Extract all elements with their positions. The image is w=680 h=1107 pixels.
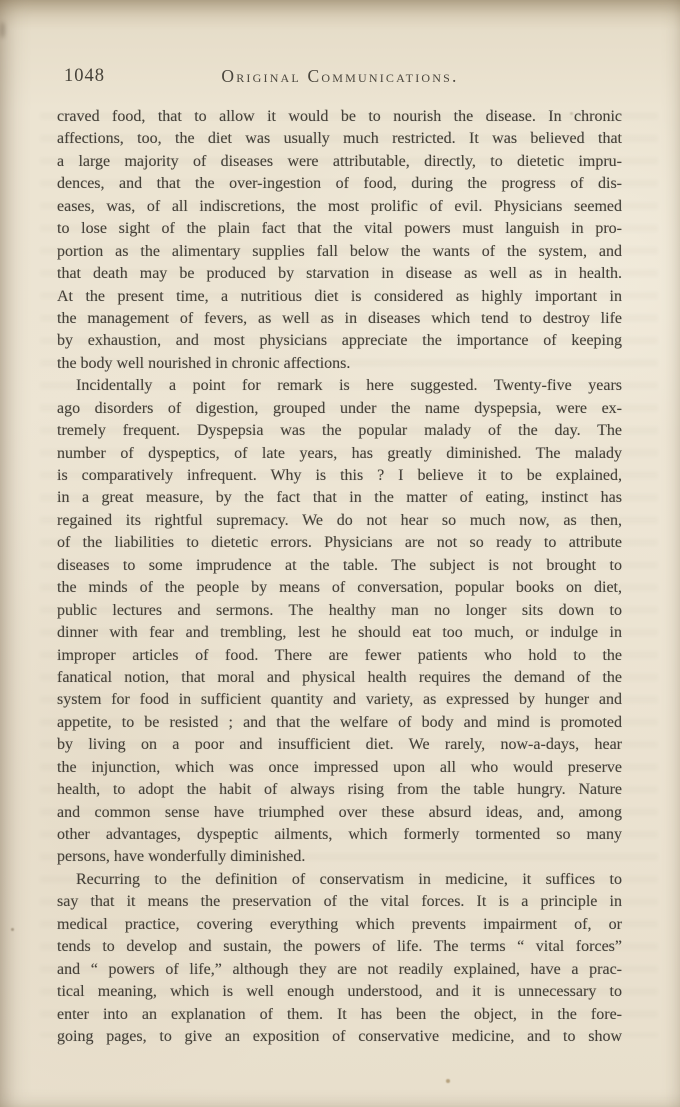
text-line: the management of fevers, as well as in …	[57, 308, 622, 330]
paragraph: Incidentally a point for remark is here …	[57, 375, 622, 869]
text-line: Incidentally a point for remark is here …	[57, 375, 622, 397]
scanned-page: 1048 Original Communications. craved foo…	[0, 0, 680, 1107]
text-line: and “ powers of life,” although they are…	[57, 959, 622, 981]
text-line: tical meaning, which is well enough unde…	[57, 981, 622, 1003]
text-line: going pages, to give an exposition of co…	[57, 1026, 622, 1048]
text-line: At the present time, a nutritious diet i…	[57, 286, 622, 308]
text-line: appetite, to be resisted ; and that the …	[57, 712, 622, 734]
text-line: dinner with fear and trembling, lest he …	[57, 622, 622, 644]
text-line: by living on a poor and insufficient die…	[57, 734, 622, 756]
text-line: regained its rightful supremacy. We do n…	[57, 510, 622, 532]
text-line: health, to adopt the habit of always ris…	[57, 779, 622, 801]
paper-speck	[11, 928, 14, 931]
text-line: eases, was, of all indiscretions, the mo…	[57, 196, 622, 218]
running-head: Original Communications.	[0, 66, 680, 87]
text-line: other advantages, dyspeptic ailments, wh…	[57, 824, 622, 846]
paper-blemish	[0, 22, 5, 38]
text-line: dences, and that the over-ingestion of f…	[57, 173, 622, 195]
text-line: the body well nourished in chronic affec…	[57, 353, 622, 375]
text-line: portion as the alimentary supplies fall …	[57, 241, 622, 263]
text-line: that death may be produced by starvation…	[57, 263, 622, 285]
text-line: by exhaustion, and most physicians appre…	[57, 330, 622, 352]
text-line: system for food in sufficient quantity a…	[57, 689, 622, 711]
text-line: persons, have wonderfully diminished.	[57, 846, 622, 868]
text-line: say that it means the preservation of th…	[57, 891, 622, 913]
paper-speck	[446, 1079, 450, 1083]
text-line: fanatical notion, that moral and physica…	[57, 667, 622, 689]
paragraph: Recurring to the definition of conservat…	[57, 869, 622, 1049]
text-line: of the liabilities to dietetic errors. P…	[57, 532, 622, 554]
text-line: medical practice, covering everything wh…	[57, 914, 622, 936]
text-line: ago disorders of digestion, grouped unde…	[57, 398, 622, 420]
text-line: to lose sight of the plain fact that the…	[57, 218, 622, 240]
text-line: Recurring to the definition of conservat…	[57, 869, 622, 891]
text-line: the injunction, which was once impressed…	[57, 757, 622, 779]
text-line: public lectures and sermons. The healthy…	[57, 600, 622, 622]
text-line: improper articles of food. There are few…	[57, 645, 622, 667]
text-line: tremely frequent. Dyspepsia was the popu…	[57, 420, 622, 442]
text-line: tends to develop and sustain, the powers…	[57, 936, 622, 958]
text-line: the minds of the people by means of conv…	[57, 577, 622, 599]
text-line: and common sense have triumphed over the…	[57, 802, 622, 824]
page-body: craved food, that to allow it would be t…	[57, 106, 622, 1048]
text-line: affections, too, the diet was usually mu…	[57, 128, 622, 150]
text-line: is comparatively infrequent. Why is this…	[57, 465, 622, 487]
text-line: in a great measure, by the fact that in …	[57, 487, 622, 509]
text-line: craved food, that to allow it would be t…	[57, 106, 622, 128]
text-line: enter into an explanation of them. It ha…	[57, 1004, 622, 1026]
page-header: 1048 Original Communications.	[0, 64, 680, 90]
text-line: a large majority of diseases were attrib…	[57, 151, 622, 173]
text-line: number of dyspeptics, of late years, has…	[57, 443, 622, 465]
paragraph: craved food, that to allow it would be t…	[57, 106, 622, 375]
text-line: diseases to some imprudence at the table…	[57, 555, 622, 577]
